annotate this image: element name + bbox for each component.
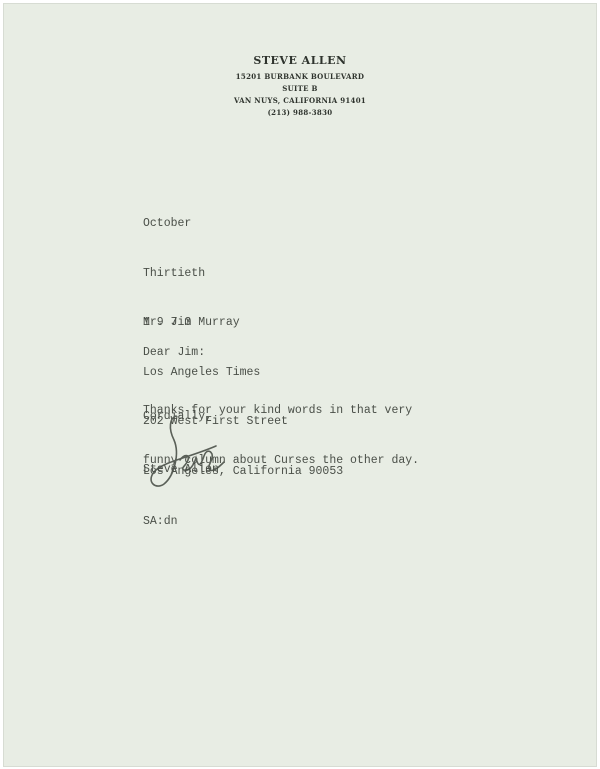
letterhead-address-2: SUITE B (0, 83, 600, 95)
handwritten-signature (140, 410, 240, 500)
letterhead-address-1: 15201 BURBANK BOULEVARD (0, 71, 600, 83)
signer-name: Steve Allen (143, 462, 219, 479)
letterhead-phone: (213) 988-3830 (0, 107, 600, 119)
letterhead-address-3: VAN NUYS, CALIFORNIA 91401 (0, 95, 600, 107)
salutation: Dear Jim: (143, 345, 205, 362)
typist-initials: SA:dn (143, 514, 178, 531)
date-day: Thirtieth (143, 266, 205, 283)
letterhead: STEVE ALLEN 15201 BURBANK BOULEVARD SUIT… (0, 54, 600, 119)
date-month: October (143, 216, 205, 233)
recipient-name: Mr. Jim Murray (143, 315, 343, 332)
letterhead-name: STEVE ALLEN (0, 54, 600, 67)
